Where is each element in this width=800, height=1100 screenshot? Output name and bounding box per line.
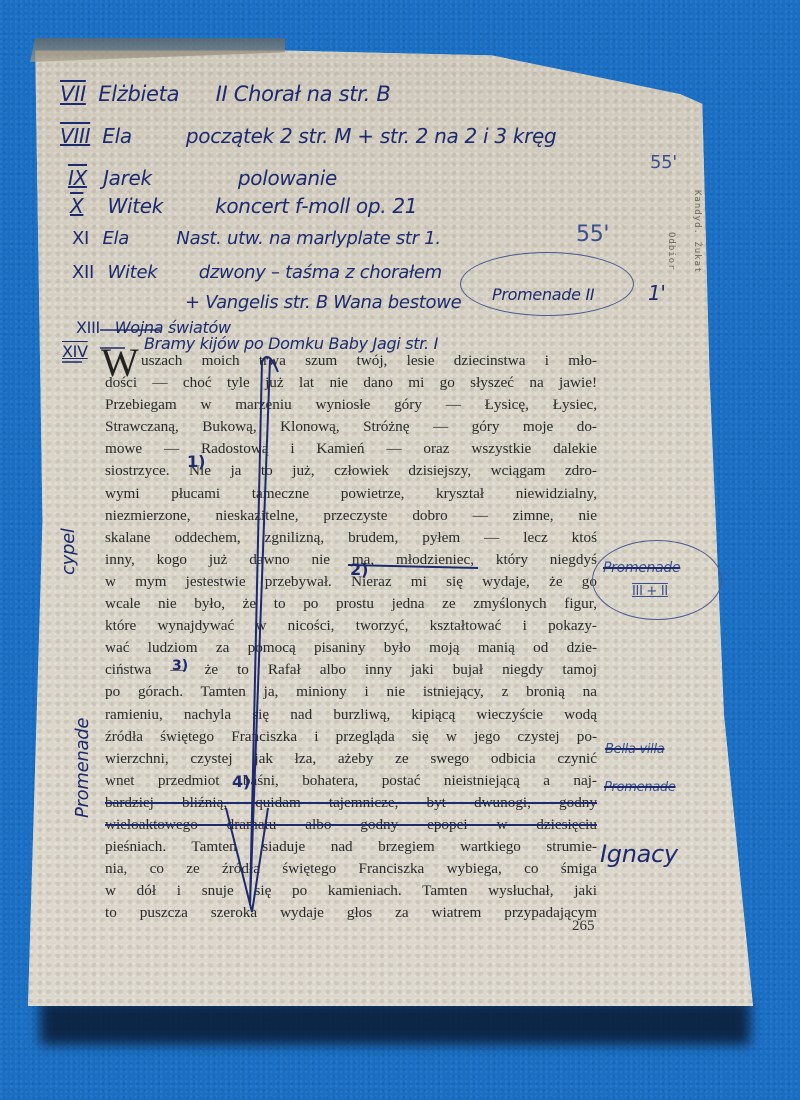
- margin-circled-note: Promenade: [603, 560, 680, 576]
- right-signature: Ignacy: [600, 840, 678, 868]
- insert-mark-1: 1): [187, 452, 205, 471]
- left-margin-note-1: cypel: [58, 528, 79, 575]
- margin-circled-sub: III + II: [632, 584, 668, 599]
- left-margin-note-2: Promenade: [72, 718, 93, 818]
- insert-mark-4: 4): [232, 772, 250, 791]
- margin-oval: [592, 540, 722, 620]
- insert-mark-3: 3): [172, 658, 188, 674]
- insert-mark-2: 2): [350, 560, 368, 579]
- right-struck-note-2: Promenade: [604, 780, 676, 795]
- right-struck-note-1: Bella villa: [605, 742, 664, 757]
